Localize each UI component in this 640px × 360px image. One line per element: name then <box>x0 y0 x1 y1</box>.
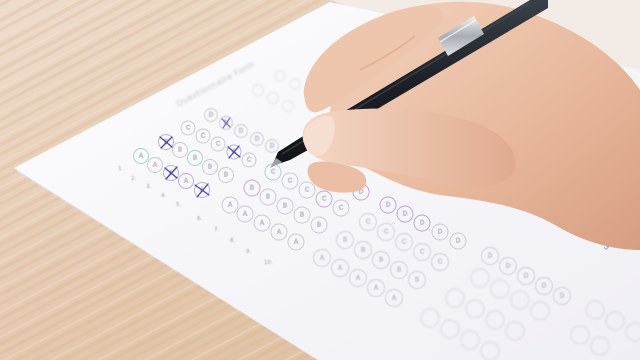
svg-text:2.: 2. <box>131 176 136 182</box>
svg-text:D: D <box>239 128 244 135</box>
svg-text:4.: 4. <box>161 193 166 199</box>
svg-text:8.: 8. <box>230 238 235 244</box>
svg-text:C: C <box>216 141 220 148</box>
svg-text:B: B <box>317 222 321 229</box>
svg-text:B: B <box>379 257 383 264</box>
svg-text:C: C <box>438 259 442 266</box>
svg-text:D: D <box>506 263 511 270</box>
svg-text:B: B <box>193 155 197 162</box>
svg-text:D: D <box>524 273 529 280</box>
svg-text:B: B <box>250 185 254 192</box>
svg-text:C: C <box>384 229 388 236</box>
svg-text:C: C <box>288 178 292 185</box>
svg-text:10.: 10. <box>264 260 273 266</box>
svg-text:B: B <box>224 172 228 179</box>
svg-text:B: B <box>397 267 401 274</box>
photo-scene: Questionnaire Form 1. 2. 3. 4. 5. 6. 7. … <box>0 0 640 360</box>
svg-text:1.: 1. <box>118 166 123 172</box>
svg-text:D: D <box>438 229 443 236</box>
svg-text:C: C <box>402 239 406 246</box>
svg-text:D: D <box>420 220 425 227</box>
svg-text:B: B <box>361 247 365 254</box>
svg-text:B: B <box>178 147 182 154</box>
svg-text:D: D <box>542 283 547 290</box>
svg-text:B: B <box>300 212 304 219</box>
svg-text:D: D <box>560 293 565 300</box>
svg-text:D: D <box>403 211 408 218</box>
svg-text:9.: 9. <box>246 249 251 255</box>
svg-text:B: B <box>343 237 347 244</box>
svg-text:C: C <box>420 249 424 256</box>
svg-text:3.: 3. <box>146 184 151 190</box>
svg-text:C: C <box>186 125 190 132</box>
svg-text:C: C <box>322 196 326 203</box>
svg-text:B: B <box>208 164 212 171</box>
svg-text:7.: 7. <box>214 227 219 233</box>
svg-text:D: D <box>386 202 391 209</box>
svg-text:C: C <box>247 157 251 164</box>
svg-text:D: D <box>456 238 461 245</box>
svg-text:B: B <box>266 194 270 201</box>
svg-text:5.: 5. <box>176 202 181 208</box>
svg-text:D: D <box>270 143 275 150</box>
svg-text:C: C <box>339 205 343 212</box>
svg-text:B: B <box>415 277 419 284</box>
svg-text:C: C <box>201 133 205 140</box>
svg-text:6.: 6. <box>197 216 202 222</box>
svg-text:D: D <box>488 253 493 260</box>
svg-text:B: B <box>283 203 287 210</box>
svg-text:D: D <box>255 136 260 143</box>
svg-text:D: D <box>209 112 214 119</box>
svg-text:C: C <box>271 169 275 176</box>
svg-text:C: C <box>366 219 370 226</box>
svg-text:C: C <box>305 187 309 194</box>
